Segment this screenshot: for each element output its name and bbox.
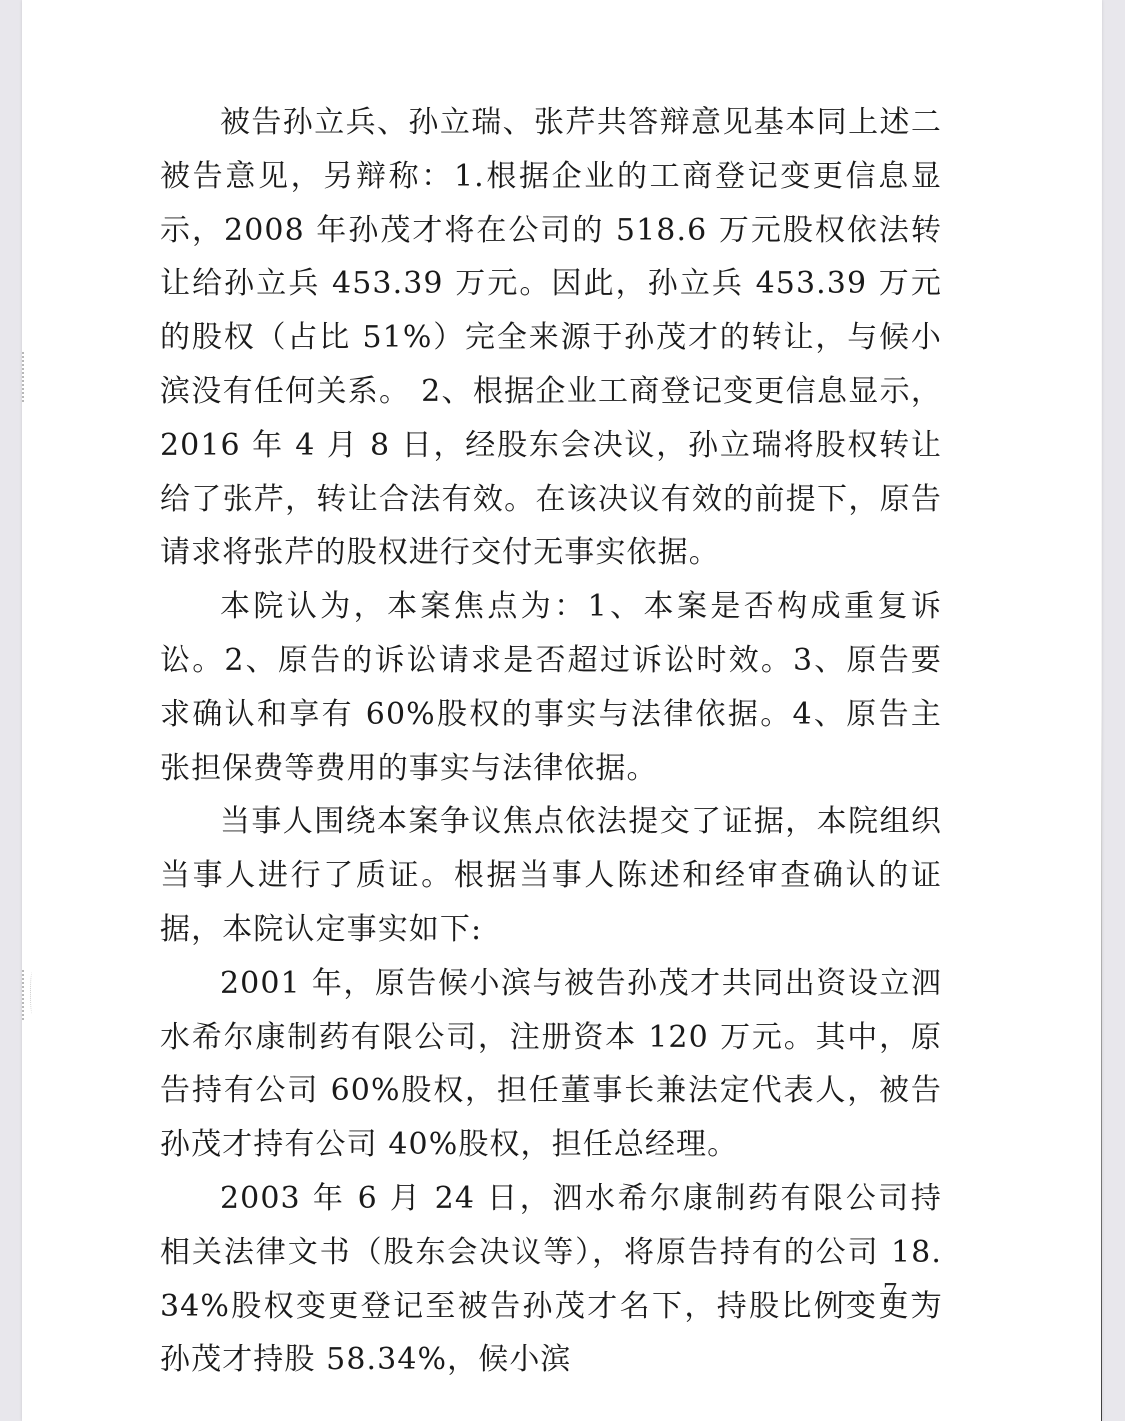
document-body: 被告孙立兵、孙立瑞、张芹共答辩意见基本同上述二被告意见，另辩称：1.根据企业的工… (160, 96, 942, 1387)
document-page: 被告孙立兵、孙立瑞、张芹共答辩意见基本同上述二被告意见，另辩称：1.根据企业的工… (22, 0, 1102, 1421)
scan-artifact-mark (22, 970, 27, 1020)
page-number: — 7 — (840, 1278, 944, 1310)
paragraph-defense-opinion: 被告孙立兵、孙立瑞、张芹共答辩意见基本同上述二被告意见，另辩称：1.根据企业的工… (160, 96, 942, 580)
paragraph-fact-2001: 2001 年，原告候小滨与被告孙茂才共同出资设立泗水希尔康制药有限公司，注册资本… (160, 957, 942, 1172)
paragraph-court-focus: 本院认为，本案焦点为：1、本案是否构成重复诉讼。2、原告的诉讼请求是否超过诉讼时… (160, 580, 942, 795)
scan-artifact-mark (30, 972, 34, 1014)
paragraph-evidence-statement: 当事人围绕本案争议焦点依法提交了证据，本院组织当事人进行了质证。根据当事人陈述和… (160, 795, 942, 956)
page-edge-shadow (1101, 0, 1102, 1421)
paragraph-fact-2003: 2003 年 6 月 24 日，泗水希尔康制药有限公司持相关法律文书（股东会决议… (160, 1172, 942, 1387)
scan-artifact-mark (22, 352, 27, 402)
